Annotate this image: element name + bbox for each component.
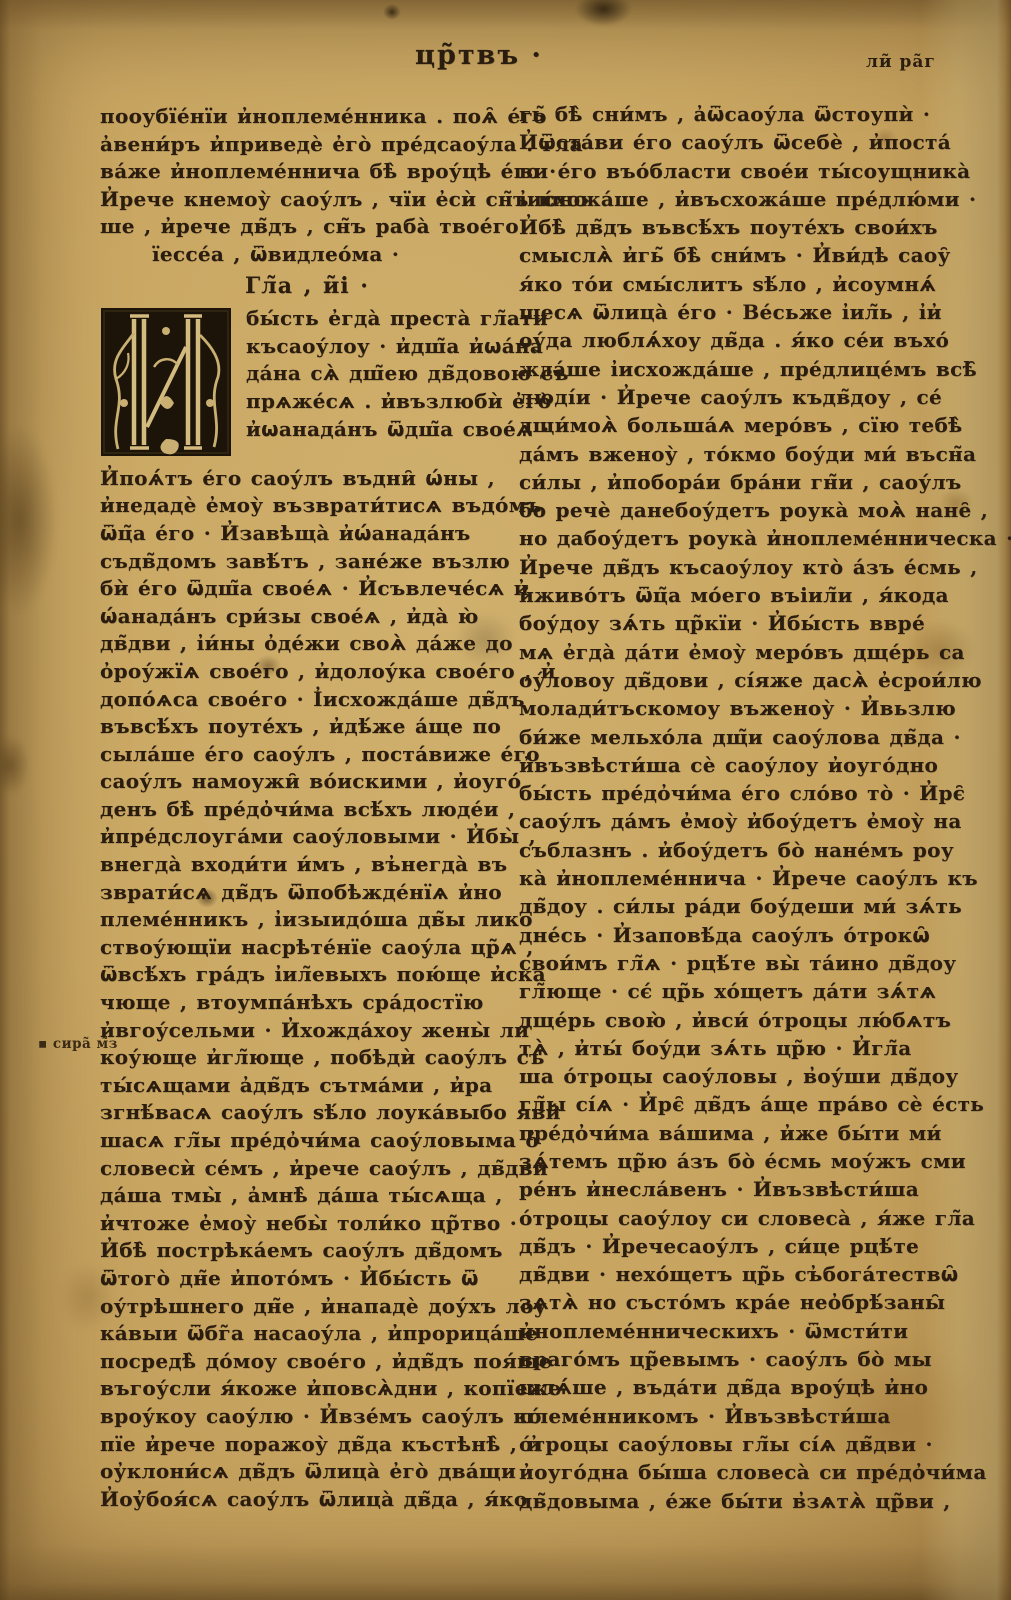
text-line: шлѧ́ше , въда́ти дв̃да вроу́цѣ и̓но: [519, 1373, 957, 1401]
text-line: ѿтого̀ дн̃е и̓пото́мъ · И̓бы́сть ѿ: [100, 1265, 514, 1293]
text-line: И̓бѣ̀ пострѣка́емъ саоу́лъ дв̃домъ: [100, 1237, 514, 1265]
chapter-heading: Гл̃а , и̃і ·: [100, 273, 514, 301]
right-column: гь̃ бѣ̀ сни́мъ , а̓ѿсаоу́ла ѿстоупѝ ·И̓ѿ…: [519, 100, 957, 1515]
text-line: дв̃дви , і̓и́ны о̓де́жи своѧ̀ да́же до: [100, 630, 514, 658]
text-line: гл̃юще · сє́ цр̃ь хо́щетъ да́ти зѧ́тѧ: [519, 977, 957, 1005]
text-line: и̓възвѣсти́ша сѐ саоу́лоу и̓оуго́дно: [519, 751, 957, 779]
text-line: пїе и̓рече поражоу̀ дв̃да къстѣнѣ̀ , и̓: [100, 1431, 514, 1459]
text-line: шасѧ гл̃ы пре́до̓чи́ма саоу́ловыма о̓: [100, 1127, 514, 1155]
text-line: съдв̃домъ завѣ́тъ , зане́же възлю: [100, 548, 514, 576]
text-line: да́ша тмы̀ , а̓мнѣ̀ да́ша ты́сѧща ,: [100, 1182, 514, 1210]
text-line: посредѣ̀ до́моу свое́го , и̓дв̃дъ поя́ше: [100, 1348, 514, 1376]
stain: [0, 425, 57, 615]
text-line: оу́ловоу дв̃дови , сі́яже дасѧ̀ е̓срои́л…: [519, 666, 957, 694]
text-line: ѿц̃а е́го · И̓завѣща̀ и̓ѡ́анада́нъ: [100, 520, 514, 548]
text-line: а̓вени́ръ и̓приведѐ е̓го̀ пре́дсаоу́ла .…: [100, 131, 514, 159]
text-line: згнѣ́васѧ саоу́лъ ѕѣ́ло лоука́выбо яви́: [100, 1099, 514, 1127]
text-line: да́мъ вженоу̀ , то́кмо боу́ди ми́ въсн̃а: [519, 440, 957, 468]
text-line: гь̃ бѣ̀ сни́мъ , а̓ѿсаоу́ла ѿстоупѝ ·: [519, 100, 957, 128]
text-line: дв̃дъ · И̓речесаоу́лъ , си́це рцѣ́те: [519, 1232, 957, 1260]
text-line: ты́сѧщами а̓дв̃дъ сътма́ми , и̓ра: [100, 1072, 514, 1100]
text-line: о́троцы саоу́ловы гл̃ы сі́ѧ дв̃дви ·: [519, 1430, 957, 1458]
text-line: ѿвсѣ́хъ гра́дъ і̓ил̃евыхъ пою́ще и̓ска: [100, 961, 514, 989]
text-line: и̓пре́дслоуга́ми саоу́ловыми · И̓бы̀ ,: [100, 823, 514, 851]
text-line: і̓исхожа́ше , и̓въсхожа́ше пре́длю́ми ·: [519, 185, 957, 213]
text-line: и̓ноплеме́нническихъ · ѿмсти́ти: [519, 1317, 957, 1345]
text-line: и̓недадѐ е̓моу̀ възврати́тисѧ въдо́мъ: [100, 492, 514, 520]
text-line: си́лы , и̓побора́и бра́ни гн̃и , саоу́лъ: [519, 468, 957, 496]
text-line: чюще , втоумпа́нѣхъ сра́достїю: [100, 989, 514, 1017]
text-line: люді́и · И̓рече саоу́лъ къдв̃доу , се́: [519, 383, 957, 411]
text-line: жда́ше і̓исхожда́ше , пре́длице́мъ всѣ̑: [519, 355, 957, 383]
text-line: дще́рь свою̀ , и̓вси́ о́троцы лю́бѧтъ: [519, 1006, 957, 1034]
text-line: молади́тъскомоу въженоу̀ · И̓вьзлю: [519, 694, 957, 722]
text-line: вроу́коу саоу́лю · И̓взе́мъ саоу́лъ ко́: [100, 1403, 514, 1431]
text-line: зѧ́темъ цр̃ю а́зъ бо̀ е́смь моу́жъ сми: [519, 1147, 957, 1175]
text-line: саоу́лъ намоужи̑ во́искими , и̓оуго́: [100, 768, 514, 796]
text-line: ша о́троцы саоу́ловы , в̓оу́ши дв̃доу: [519, 1062, 957, 1090]
text-line: о̓роу́жїѧ свое́го , и̓долоу́ка свое́го ,…: [100, 658, 514, 686]
text-line: гл̃ы сі́ѧ · И̓рє̑ дв̃дъ а́ще пра́во сѐ е…: [519, 1090, 957, 1118]
text-line: но дабоу́детъ роука̀ и̓ноплеме́нническа …: [519, 524, 957, 552]
text-line: оу́да люблѧ́хоу дв̃да . я́ко се́и въхо́: [519, 326, 957, 354]
left-body: И̓поѧ́тъ е́го саоу́лъ въдни̑ ѡ́ны ,и̓нед…: [100, 465, 514, 1514]
drop-cap-izhe-icon: [100, 307, 232, 457]
text-line: оу̓клони́сѧ дв̃дъ ѿлица̀ е̓го̀ два́щи ·: [100, 1458, 514, 1486]
stain: [0, 735, 30, 795]
text-line: мѧ е̓гда̀ да́ти е̓моу̀ меро́въ дще́рь са: [519, 638, 957, 666]
text-line: въгоу́сли я́коже и̓повсѧ̀дни , копїеже: [100, 1375, 514, 1403]
text-line: дв̃довыма , е́же бы́ти в̓зѧтѧ̀ цр̃ви ,: [519, 1487, 957, 1515]
text-line: ка́выи ѿбг̃а насаоу́ла , и̓прорица́ше: [100, 1320, 514, 1348]
text-line: зврати́сѧ дв̃дъ ѿпобѣжде́нїѧ и̓но: [100, 879, 514, 907]
text-line: дне́сь · И̓заповѣ́да саоу́лъ о́трокѡ̑: [519, 921, 957, 949]
text-line: о́троцы саоу́лоу си словеса̀ , я́же гл̃а: [519, 1204, 957, 1232]
intro-paragraph: пооубїе́нїи и̓ноплеме́нника . поѧ̑ е́гоа…: [100, 103, 514, 241]
text-line: коу́юще и̓гл̃юще , побѣдѝ саоу́лъ съ: [100, 1044, 514, 1072]
text-line: дщи́моѧ̀ больша́ѧ меро́въ , сїю тебѣ̀: [519, 411, 957, 439]
text-line: И̓бѣ̀ дв̃дъ въвсѣ́хъ поуте́хъ свои́хъ: [519, 213, 957, 241]
text-line: саоу́лъ да́мъ е̓моу̀ и̓боу́детъ е̓моу̀ н…: [519, 807, 957, 835]
ink-speck: [576, 0, 631, 26]
text-line: И̓ѿста́ви е́го саоу́лъ ѿсебѐ , и̓поста́: [519, 128, 957, 156]
text-line: сыла́ше е́го саоу́лъ , поста́виже е́го: [100, 741, 514, 769]
text-line: И̓рече кнемоу̀ саоу́лъ , чїи е̓сѝ сн̃ъ ю…: [100, 186, 514, 214]
text-line: ствоу́ющїи насрѣте́нїе саоу́ла цр̃ѧ ,: [100, 934, 514, 962]
book-page: цр̃твъ · ли̃ ра̃г ▪ сира̃ м̃з пооубїе́нї…: [0, 0, 1011, 1600]
text-line: ка̀ и̓ноплеме́ннича · И̓рече саоу́лъ къ: [519, 864, 957, 892]
text-line: дв̃доу . си́лы ра́ди боу́деши ми́ зѧ́ть: [519, 892, 957, 920]
running-header: цр̃твъ ·: [415, 40, 543, 71]
text-line: бѝ е́го ѿдш̃а свое́ѧ · И̓съвлече́сѧ и̓: [100, 575, 514, 603]
text-line: И̓поѧ́тъ е́го саоу́лъ въдни̑ ѡ́ны ,: [100, 465, 514, 493]
text-line: я́ко то́и смы́слитъ ѕѣ́ло , и̓соумнѧ́: [519, 270, 957, 298]
text-line: тѧ̀ , и̓ты́ боу́ди зѧ́ть цр̃ю · И̓гл̃а: [519, 1034, 957, 1062]
left-column: пооубїе́нїи и̓ноплеме́нника . поѧ̑ е́гоа…: [100, 103, 514, 1513]
text-line: внегда̀ входи́ти и́мъ , въ̓негда̀ въ: [100, 851, 514, 879]
text-line: бо речѐ данебоу́детъ роука̀ моѧ̀ нане̑ ,: [519, 496, 957, 524]
ink-speck: [383, 4, 401, 20]
text-line: И̓рече дв̃дъ късаоу́лоу кто̀ а́зъ е́смь …: [519, 553, 957, 581]
text-line: И̓оу̓боя́сѧ саоу́лъ ѿлица̀ дв̃да , я́ко: [100, 1486, 514, 1514]
text-line: племе́нникомъ · И̓възвѣсти́ша: [519, 1402, 957, 1430]
text-line: би́же мельхо́ла дщ̃и саоу́лова дв̃да ·: [519, 723, 957, 751]
text-line: словесѝ се́мъ , и̓рече саоу́лъ , дв̃дви: [100, 1155, 514, 1183]
text-line: и̓оуго́дна бы́ша словеса̀ си пре́до̓чи́м…: [519, 1458, 957, 1486]
folio-mark: ли̃ ра̃г: [866, 52, 936, 72]
text-line: боу́доу зѧ́ть цр̃кїи · И̓бы́сть ввре́: [519, 609, 957, 637]
text-line: ва́же и̓ноплеме́ннича бѣ̀ вроу́цѣ е́го ·: [100, 158, 514, 186]
text-line: пооубїе́нїи и̓ноплеме́нника . поѧ̑ е́го: [100, 103, 514, 131]
text-line: дв̃дви · нехо́щетъ цр̃ь съ̓бога́тествѡ̑: [519, 1260, 957, 1288]
text-line: оу́трѣшнего дн̃е , и̓нападѐ доу́хъ лоу: [100, 1293, 514, 1321]
text-line: и̓чтоже е̓моу̀ небы̀ толи́ко цр̃тво ·: [100, 1210, 514, 1238]
initial-paragraph: бы́сть е̓гда̀ преста̀ гл̃атикъсаоу́лоу ·…: [100, 305, 514, 465]
margin-note-marker: ▪: [38, 1036, 48, 1052]
initial-woodcut: [100, 307, 232, 465]
text-line: свои́мъ гл̃ѧ · рцѣ́те вы̀ та́ино дв̃доу: [519, 949, 957, 977]
text-line: шесѧ ѿлица̀ е́го · Ве́сьже і̓ил̃ь , і̓и̓: [519, 298, 957, 326]
text-line: денъ бѣ̀ пре́до̓чи́ма всѣ́хъ люде́и ,: [100, 796, 514, 824]
text-line: смыслѧ̀ и̓гь̃ бѣ̀ сни́мъ · И̓ви́дѣ саоу̑: [519, 241, 957, 269]
text-line: враго́мъ цр̃евымъ · саоу́лъ бо̀ мы: [519, 1345, 957, 1373]
intro-last-line: їессе́а , ѿвидлео́ма ·: [152, 241, 514, 269]
text-line: и̓вгоу́сельми · И̓хожда́хоу жены̀ ли: [100, 1017, 514, 1045]
text-line: пре́до̓чи́ма ва́шима , и̓же бы́ти ми́: [519, 1119, 957, 1147]
text-line: допо́ѧса свое́го · І̓исхожда́ше дв̃дъ: [100, 686, 514, 714]
text-line: въвсѣ́хъ поуте́хъ , и̓дѣ́же а́ще по: [100, 713, 514, 741]
text-line: племе́нникъ , і̓изыидо́ша дв̃ы лико: [100, 906, 514, 934]
text-line: и̓живо́тъ ѿц̃а мо́его въіил̃и , я́кода: [519, 581, 957, 609]
text-line: бы́сть пре́до̓чи́ма е́го сло́во то̀ · И̓…: [519, 779, 957, 807]
text-line: съблазнъ . и̓боу́детъ бо̀ нане́мъ роу: [519, 836, 957, 864]
text-line: ре́нъ и̓несла́венъ · И̓възвѣсти́ша: [519, 1175, 957, 1203]
text-line: ѡ́анада́нъ сри́зы свое́ѧ , и̓да̀ ю̀: [100, 603, 514, 631]
text-line: зѧтѧ̀ но състо́мъ кра́е нео̓брѣ́заны̑: [519, 1288, 957, 1316]
text-line: ви е́го въо́бласти свое́и ты́соущника̀: [519, 157, 957, 185]
text-line: ше , и̓рече дв̃дъ , сн̃ъ раба̀ твое́го: [100, 213, 514, 241]
